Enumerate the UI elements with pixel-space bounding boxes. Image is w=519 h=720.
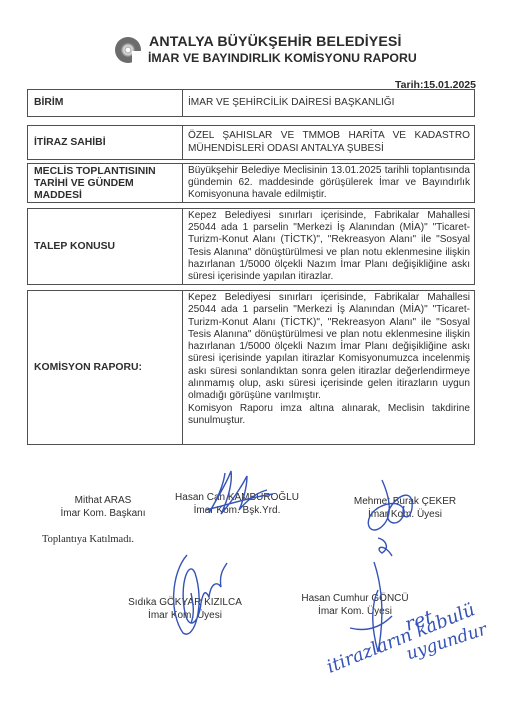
field-value: Büyükşehir Belediye Meclisinin 13.01.202…	[183, 164, 474, 202]
field-value: Kepez Belediyesi sınırları içerisinde, F…	[183, 291, 474, 444]
table-talep-konusu: TALEP KONUSU Kepez Belediyesi sınırları …	[27, 208, 475, 285]
signature-ceker-icon	[360, 478, 440, 558]
field-text: ÖZEL ŞAHISLAR VE TMMOB HARİTA VE KADASTR…	[188, 130, 470, 155]
field-label: İTİRAZ SAHİBİ	[28, 126, 183, 159]
table-birim: BİRİM İMAR VE ŞEHİRCİLİK DAİRESİ BAŞKANL…	[27, 89, 475, 117]
absence-note: Toplantıya Katılmadı.	[42, 534, 134, 545]
field-value: ÖZEL ŞAHISLAR VE TMMOB HARİTA VE KADASTR…	[183, 126, 474, 159]
table-meclis-toplantisi: MECLİS TOPLANTISININ TARİHİ VE GÜNDEM MA…	[27, 163, 475, 203]
field-text: İMAR VE ŞEHİRCİLİK DAİRESİ BAŞKANLIĞI	[188, 97, 470, 109]
field-label: MECLİS TOPLANTISININ TARİHİ VE GÜNDEM MA…	[28, 164, 183, 202]
signature-gokyar-kizilca-icon	[165, 553, 235, 643]
institution-title: ANTALYA BÜYÜKŞEHİR BELEDİYESİ	[149, 34, 402, 50]
signatory-title: İmar Kom. Başkanı	[48, 508, 158, 521]
signature-kamburoglu-icon	[195, 468, 285, 518]
signatory-1: Mithat ARAS İmar Kom. Başkanı	[48, 495, 158, 520]
report-title: İMAR VE BAYINDIRLIK KOMİSYONU RAPORU	[148, 51, 417, 65]
field-value: Kepez Belediyesi sınırları içerisinde, F…	[183, 209, 474, 284]
municipality-logo-icon	[115, 37, 141, 63]
field-text: Komisyon Raporu imza altına alınarak, Me…	[188, 403, 470, 428]
table-komisyon-raporu: KOMİSYON RAPORU: Kepez Belediyesi sınırl…	[27, 290, 475, 445]
field-value: İMAR VE ŞEHİRCİLİK DAİRESİ BAŞKANLIĞI	[183, 90, 474, 116]
field-label: KOMİSYON RAPORU:	[28, 291, 183, 444]
field-label: TALEP KONUSU	[28, 209, 183, 284]
field-text: Kepez Belediyesi sınırları içerisinde, F…	[188, 292, 470, 403]
table-itiraz-sahibi: İTİRAZ SAHİBİ ÖZEL ŞAHISLAR VE TMMOB HAR…	[27, 125, 475, 160]
field-label: BİRİM	[28, 90, 183, 116]
signatory-name: Mithat ARAS	[48, 495, 158, 508]
field-text: Büyükşehir Belediye Meclisinin 13.01.202…	[188, 165, 470, 202]
field-text: Kepez Belediyesi sınırları içerisinde, F…	[188, 210, 470, 284]
